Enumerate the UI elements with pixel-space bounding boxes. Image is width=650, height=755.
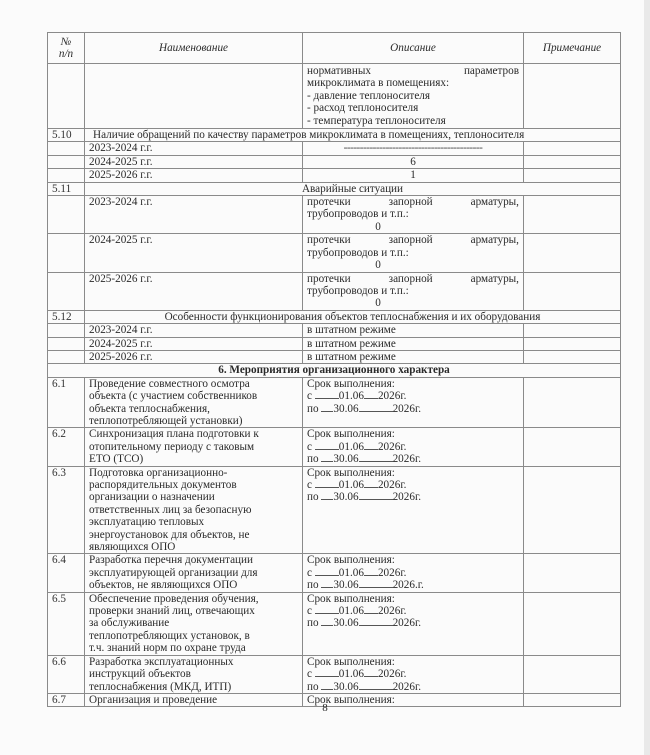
scan-edge — [644, 0, 650, 755]
description: протечкизапорнойарматуры,трубопроводов и… — [303, 234, 524, 272]
table-row: 2025-2026 г.г.в штатном режиме — [48, 350, 621, 363]
incident-count: 0 — [307, 221, 519, 233]
header-number: №п/п — [48, 33, 85, 64]
section-header-row: 5.10Наличие обращений по качеству параме… — [48, 129, 621, 142]
continuation-description: нормативных параметров микроклимата в по… — [303, 64, 524, 129]
description: протечкизапорнойарматуры,трубопроводов и… — [303, 196, 524, 234]
section-number: 5.12 — [48, 310, 85, 323]
header-note: Примечание — [524, 33, 621, 64]
note — [524, 655, 621, 693]
description: в штатном режиме — [303, 350, 524, 363]
table-row: 2023-2024 г.г.протечкизапорнойарматуры,т… — [48, 196, 621, 234]
item-term: Срок выполнения:с 01.062026г.по 30.06202… — [303, 655, 524, 693]
header-name: Наименование — [85, 33, 303, 64]
item-name: Синхронизация плана подготовки котопител… — [85, 428, 303, 466]
section-header-row: 5.12Особенности функционирования объекто… — [48, 310, 621, 323]
item-number: 6.5 — [48, 592, 85, 655]
note — [524, 272, 621, 310]
description: в штатном режиме — [303, 324, 524, 337]
note — [524, 169, 621, 182]
period: 2024-2025 г.г. — [85, 234, 303, 272]
description: 1 — [303, 169, 524, 182]
period: 2023-2024 г.г. — [85, 324, 303, 337]
table-row: 6.6Разработка эксплуатационныхинструкций… — [48, 655, 621, 693]
table-row: 2023-2024 г.г.в штатном режиме — [48, 324, 621, 337]
continuation-row: нормативных параметров микроклимата в по… — [48, 64, 621, 129]
table-header-row: №п/п Наименование Описание Примечание — [48, 33, 621, 64]
item-number: 6.1 — [48, 377, 85, 428]
table-row: 6.5Обеспечение проведения обучения,прове… — [48, 592, 621, 655]
note — [524, 592, 621, 655]
table-row: 2024-2025 г.г.протечкизапорнойарматуры,т… — [48, 234, 621, 272]
item-term: Срок выполнения:с 01.062026г.по 30.06202… — [303, 554, 524, 592]
item-term: Срок выполнения:с 01.062026г.по 30.06202… — [303, 592, 524, 655]
item-name: Проведение совместного осмотраобъекта (с… — [85, 377, 303, 428]
section-title: Наличие обращений по качеству параметров… — [85, 129, 621, 142]
period: 2023-2024 г.г. — [85, 196, 303, 234]
section-header-row: 5.11Аварийные ситуации — [48, 182, 621, 195]
page-number: 8 — [0, 702, 650, 714]
table-row: 2025-2026 г.г.1 — [48, 169, 621, 182]
incident-count: 0 — [307, 259, 519, 271]
note — [524, 350, 621, 363]
table-row: 2024-2025 г.г.в штатном режиме — [48, 337, 621, 350]
description: ----------------------------------------… — [303, 142, 524, 155]
item-number: 6.3 — [48, 466, 85, 554]
item-name: Обеспечение проведения обучения,проверки… — [85, 592, 303, 655]
item-term: Срок выполнения:с 01.062026г.по 30.06202… — [303, 428, 524, 466]
item-term: Срок выполнения:с 01.062026г.по 30.06202… — [303, 466, 524, 554]
table-row: 2024-2025 г.г.6 — [48, 155, 621, 168]
incident-count: 0 — [307, 297, 519, 309]
note — [524, 377, 621, 428]
item-name: Разработка эксплуатационныхинструкций об… — [85, 655, 303, 693]
description: в штатном режиме — [303, 337, 524, 350]
period: 2024-2025 г.г. — [85, 337, 303, 350]
note — [524, 234, 621, 272]
item-term: Срок выполнения:с 01.062026г.по 30.06202… — [303, 377, 524, 428]
period: 2025-2026 г.г. — [85, 272, 303, 310]
item-name: Подготовка организационно-распорядительн… — [85, 466, 303, 554]
description: 6 — [303, 155, 524, 168]
header-description: Описание — [303, 33, 524, 64]
document-table: №п/п Наименование Описание Примечание но… — [47, 32, 621, 707]
item-name: Разработка перечня документацииэксплуати… — [85, 554, 303, 592]
item-number: 6.4 — [48, 554, 85, 592]
period: 2025-2026 г.г. — [85, 169, 303, 182]
item-number: 6.2 — [48, 428, 85, 466]
section-6-header-row: 6. Мероприятия организационного характер… — [48, 364, 621, 377]
note — [524, 337, 621, 350]
section-number: 5.10 — [48, 129, 85, 142]
note — [524, 196, 621, 234]
table-row: 6.2Синхронизация плана подготовки котопи… — [48, 428, 621, 466]
item-number: 6.6 — [48, 655, 85, 693]
note — [524, 554, 621, 592]
section-number: 5.11 — [48, 182, 85, 195]
note — [524, 142, 621, 155]
period: 2023-2024 г.г. — [85, 142, 303, 155]
section-title: Особенности функционирования объектов те… — [85, 310, 621, 323]
note — [524, 155, 621, 168]
description: протечкизапорнойарматуры,трубопроводов и… — [303, 272, 524, 310]
table-row: 6.1Проведение совместного осмотраобъекта… — [48, 377, 621, 428]
table-row: 2025-2026 г.г.протечкизапорнойарматуры,т… — [48, 272, 621, 310]
note — [524, 324, 621, 337]
table-row: 6.4Разработка перечня документацииэксплу… — [48, 554, 621, 592]
table-row: 2023-2024 г.г.--------------------------… — [48, 142, 621, 155]
period: 2025-2026 г.г. — [85, 350, 303, 363]
table-row: 6.3Подготовка организационно-распорядите… — [48, 466, 621, 554]
section-title: Аварийные ситуации — [85, 182, 621, 195]
note — [524, 428, 621, 466]
section-6-title: 6. Мероприятия организационного характер… — [48, 364, 621, 377]
period: 2024-2025 г.г. — [85, 155, 303, 168]
note — [524, 466, 621, 554]
